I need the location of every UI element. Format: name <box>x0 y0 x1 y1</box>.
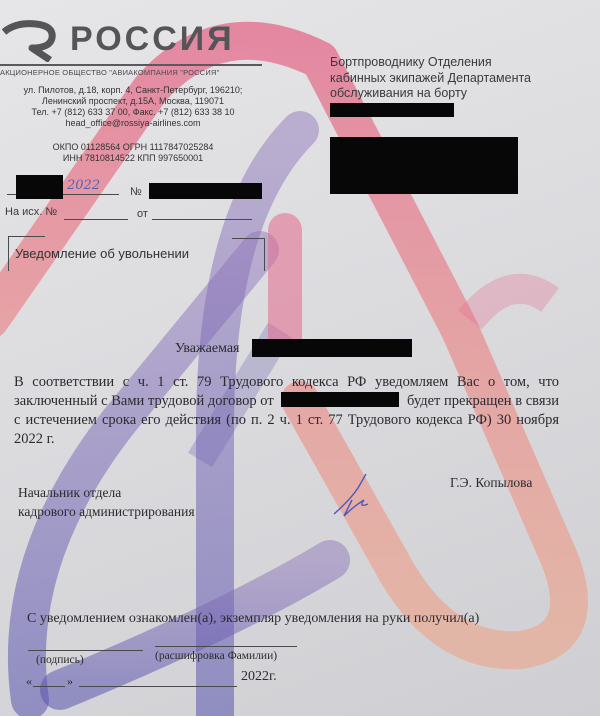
incoming-number-line <box>64 219 128 220</box>
redacted-recipient-name <box>330 103 454 117</box>
redacted-recipient-address <box>330 137 518 194</box>
company-email: head_office@rossiya-airlines.com <box>8 118 258 129</box>
signatory-name: Г.Э. Копылова <box>450 475 532 491</box>
handwritten-signature <box>330 470 385 520</box>
rossiya-logo-icon <box>2 18 58 62</box>
subject-title: Уведомление об увольнении <box>15 246 189 261</box>
year-suffix: 2022г. <box>241 669 277 685</box>
surname-caption: (расшифровка Фамилии) <box>155 650 277 662</box>
subject-bracket-right <box>232 238 265 271</box>
company-registration: ОКПО 01128564 ОГРН 1117847025284 ИНН 781… <box>8 142 258 164</box>
signatory-title: Начальник отдела кадрового администриров… <box>18 483 195 521</box>
redacted-contract-date <box>281 392 399 407</box>
surname-line <box>155 646 297 647</box>
acknowledgement-text: С уведомлением ознакомлен(а), экземпляр … <box>27 611 479 627</box>
handwritten-year: 2022 <box>67 178 100 193</box>
redacted-addressee-name <box>252 339 412 357</box>
company-address: ул. Пилотов, д.18, корп. 4, Санкт-Петерб… <box>8 85 258 129</box>
signature-line <box>28 650 143 651</box>
redacted-document-number <box>149 183 262 199</box>
recipient-block: Бортпроводнику Отделения кабинных экипаж… <box>330 55 531 102</box>
letterhead-rule <box>0 64 262 66</box>
month-line <box>79 686 237 687</box>
date-close-quote: » <box>67 674 73 689</box>
incoming-number-label: На исх. № <box>5 206 57 218</box>
from-label: от <box>137 208 148 220</box>
date-open-quote: « <box>26 674 32 689</box>
day-line <box>33 686 65 687</box>
logo-wordmark: РОССИЯ <box>70 20 235 59</box>
redacted-date <box>16 175 63 199</box>
notice-body: В соответствии с ч. 1 ст. 79 Трудового к… <box>14 373 559 449</box>
company-name: АКЦИОНЕРНОЕ ОБЩЕСТВО "АВИАКОМПАНИЯ "РОСС… <box>0 68 262 77</box>
signature-caption: (подпись) <box>36 654 84 666</box>
number-label: № <box>130 186 142 198</box>
from-date-line <box>152 219 252 220</box>
salutation: Уважаемая <box>175 341 240 357</box>
